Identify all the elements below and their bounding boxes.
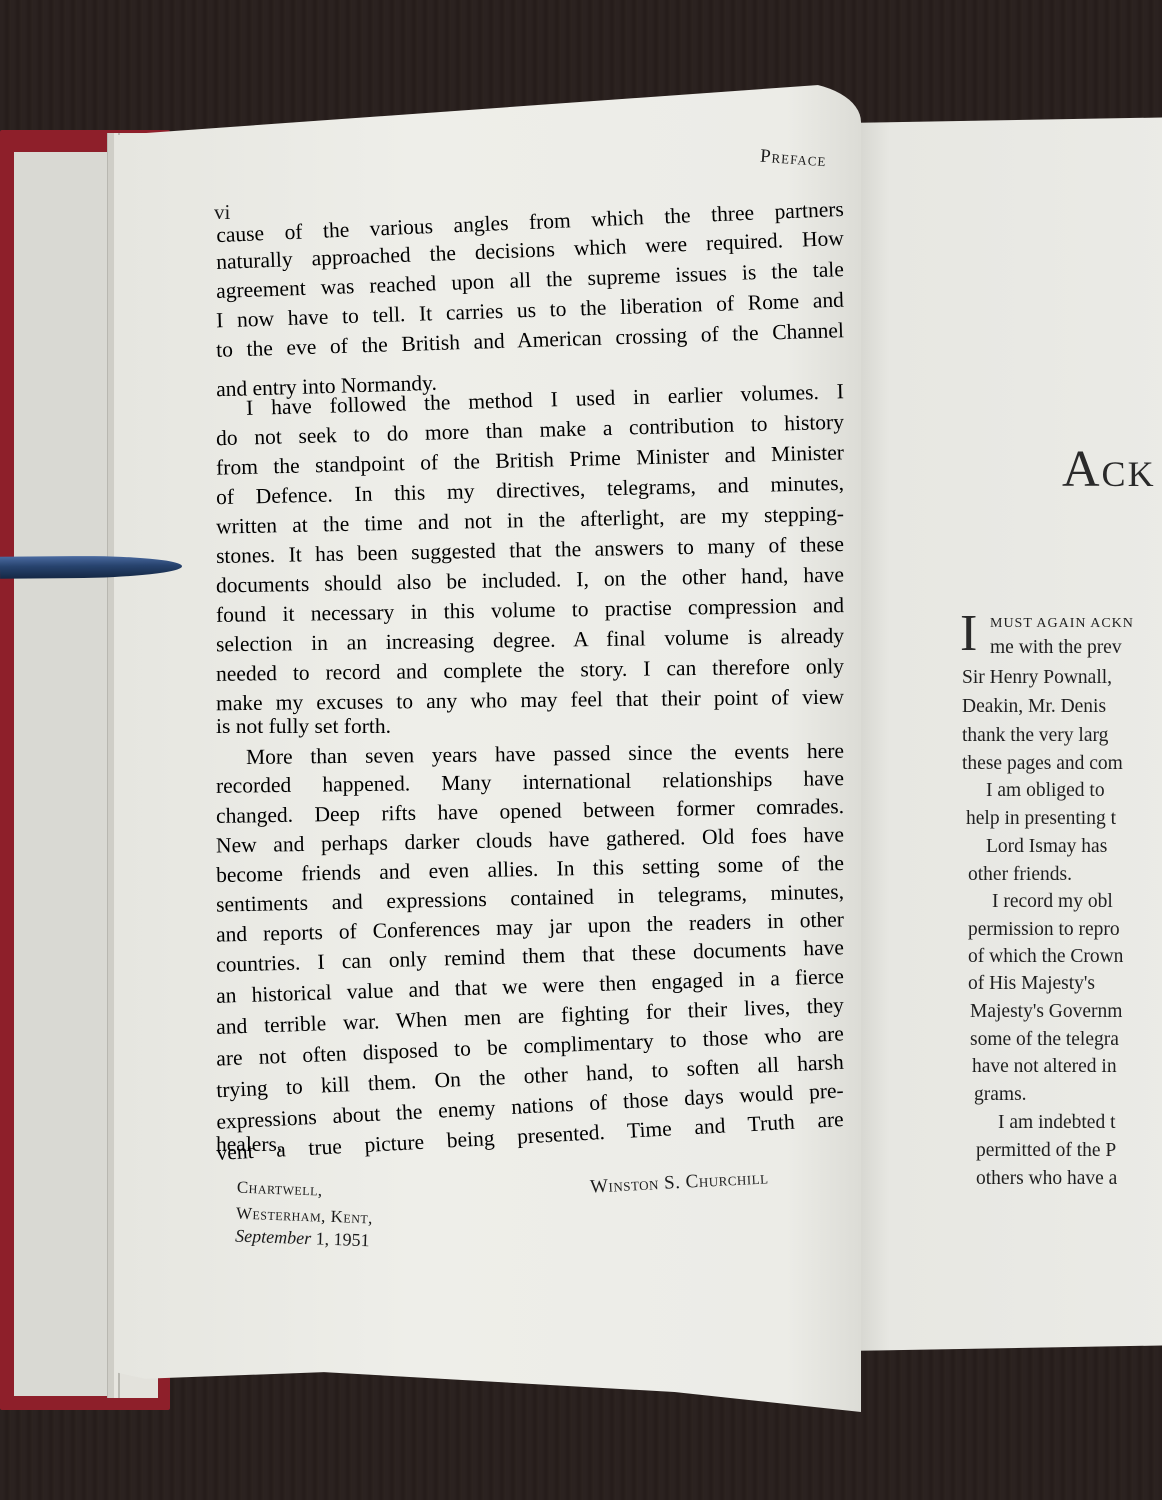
dropcap: I [960,608,977,660]
text-line: Sir Henry Pownall, [962,663,1112,692]
text-line: some of the telegra [970,1025,1119,1054]
text-line: help in presenting t [966,804,1116,833]
text-line: permitted of the P [976,1136,1116,1165]
text-line: have not altered in [972,1052,1117,1081]
running-head: Preface [759,146,827,173]
text-line: I am indebted t [974,1108,1116,1137]
text-line: I record my obl [968,887,1113,916]
text-line: me with the prev [990,633,1122,662]
text-line: grams. [974,1080,1027,1109]
date-month: September [235,1226,312,1249]
text-line: thank the very larg [962,721,1108,750]
text-line: of His Majesty's [968,969,1095,998]
place-line: Chartwell, [237,1178,375,1203]
acknowledgements-title: Ack [1062,440,1156,499]
text-line: other friends. [968,860,1072,889]
text-line: these pages and com [962,749,1123,778]
text-line: is not fully set forth. [216,712,844,740]
text-line: of which the Crown [968,942,1123,971]
text-line: Majesty's Governm [970,997,1122,1026]
text-line: others who have a [976,1164,1117,1193]
text-line: I am obliged to [962,776,1105,805]
place-line: Westerham, Kent, [236,1204,374,1229]
place-block: Chartwell, Westerham, Kent, September 1,… [235,1178,374,1252]
text-line: healers. [216,1130,844,1158]
text-line: Deakin, Mr. Denis [962,692,1106,721]
date-rest: 1, 1951 [311,1228,370,1250]
text-line: permission to repro [968,915,1120,944]
text-line: Lord Ismay has [962,832,1107,861]
